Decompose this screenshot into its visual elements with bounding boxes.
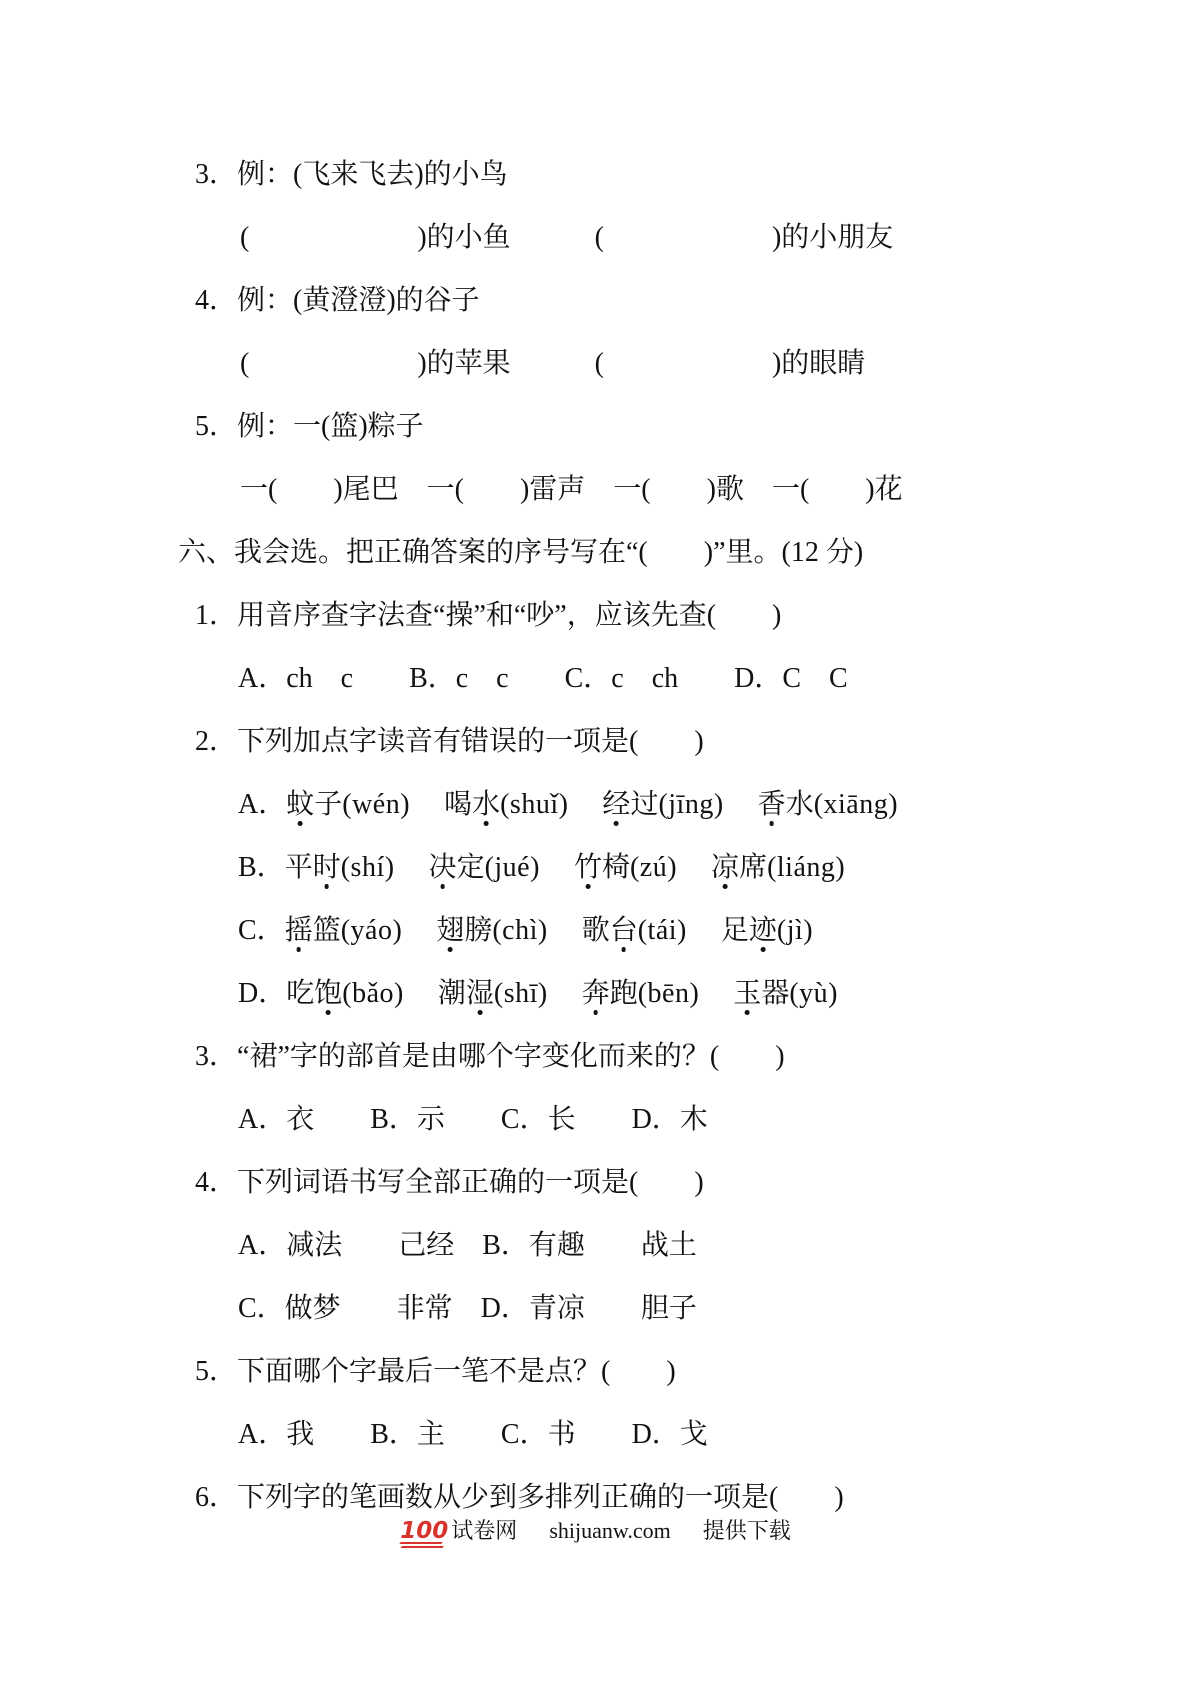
question-2-row-a: A．蚊子(wén)喝水(shuǐ)经过(jīng)香水(xiāng) <box>0 773 1191 836</box>
option-b-label: B． <box>238 836 285 899</box>
question-4-line: 4．下列词语书写全部正确的一项是( ) <box>0 1151 1191 1214</box>
question-1-number: 1． <box>195 584 237 647</box>
pinyin: (zú) <box>630 852 677 883</box>
pinyin: (bēn) <box>638 978 700 1009</box>
dotted-char: 决 <box>429 852 457 883</box>
question-6-text: 下列字的笔画数从少到多排列正确的一项是( ) <box>237 1482 844 1513</box>
dotted-char: 迹 <box>749 915 777 946</box>
question-2-row-b: B．平时(shí)决定(jué)竹椅(zú)凉席(liáng) <box>0 836 1191 899</box>
dotted-word: 摇篮(yáo) <box>285 915 403 946</box>
pinyin: (jīng) <box>658 789 723 820</box>
dotted-word: 玉器(yù) <box>733 978 838 1009</box>
pinyin: (shí) <box>341 852 395 883</box>
dotted-char: 奔 <box>582 978 610 1009</box>
item-4-example: 例：(黄澄澄)的谷子 <box>237 285 480 316</box>
pinyin: (shī) <box>494 978 548 1009</box>
pinyin: (yù) <box>789 978 838 1009</box>
fill-item-3-example-line: 3．例：(飞来飞去)的小鸟 <box>0 143 1191 206</box>
question-2-line: 2．下列加点字读音有错误的一项是( ) <box>0 710 1191 773</box>
question-1-text: 用音序查字法查“操”和“吵”，应该先查( ) <box>237 600 781 631</box>
question-3-text: “裙”字的部首是由哪个字变化而来的？( ) <box>237 1041 785 1072</box>
section-six-heading: 六、我会选。把正确答案的序号写在“( )”里。(12 分) <box>0 521 1191 584</box>
dotted-char: 时 <box>313 852 341 883</box>
option-d-label: D． <box>238 962 286 1025</box>
dotted-word: 凉席(liáng) <box>711 852 845 883</box>
pinyin: (tái) <box>638 915 687 946</box>
question-2-row-d: D．吃饱(bǎo)潮湿(shī)奔跑(bēn)玉器(yù) <box>0 962 1191 1025</box>
test-paper-page: 3．例：(飞来飞去)的小鸟 ( )的小鱼 ( )的小朋友 4．例：(黄澄澄)的谷… <box>0 0 1191 1684</box>
dotted-word: 蚊子(wén) <box>286 789 410 820</box>
option-c-label: C． <box>238 899 285 962</box>
pinyin: (jì) <box>777 915 813 946</box>
question-4-text: 下列词语书写全部正确的一项是( ) <box>237 1167 704 1198</box>
question-1-line: 1．用音序查字法查“操”和“吵”，应该先查( ) <box>0 584 1191 647</box>
dotted-char: 饱 <box>314 978 342 1009</box>
footer-domain: shijuanw.com <box>549 1518 670 1543</box>
fill-item-5-example-line: 5．例：一(篮)粽子 <box>0 395 1191 458</box>
dotted-word: 经过(jīng) <box>602 789 723 820</box>
item-3-number: 3． <box>195 143 237 206</box>
fill-item-4-practice-line: ( )的苹果 ( )的眼睛 <box>0 332 1191 395</box>
question-4-number: 4． <box>195 1151 237 1214</box>
question-5-options: A．我 B．主 C．书 D．戈 <box>0 1403 1191 1466</box>
dotted-char: 玉 <box>733 978 761 1009</box>
pinyin: (chì) <box>492 915 547 946</box>
dotted-word: 喝水(shuǐ) <box>444 789 568 820</box>
question-2-number: 2． <box>195 710 237 773</box>
dotted-char: 蚊 <box>286 789 314 820</box>
footer-watermark: 100试卷网shijuanw.com提供下载 <box>0 1513 1191 1549</box>
dotted-word: 歌台(tái) <box>582 915 687 946</box>
question-4-options-row-1: A．减法 己经 B．有趣 战土 <box>0 1214 1191 1277</box>
dotted-char: 湿 <box>466 978 494 1009</box>
fill-item-4-example-line: 4．例：(黄澄澄)的谷子 <box>0 269 1191 332</box>
pinyin: (shuǐ) <box>500 789 568 820</box>
pinyin: (jué) <box>485 852 540 883</box>
dotted-word: 平时(shí) <box>285 852 395 883</box>
dotted-word: 翅膀(chì) <box>436 915 547 946</box>
item-4-number: 4． <box>195 269 237 332</box>
question-5-line: 5．下面哪个字最后一笔不是点？( ) <box>0 1340 1191 1403</box>
option-a-label: A． <box>238 773 286 836</box>
question-5-text: 下面哪个字最后一笔不是点？( ) <box>237 1356 676 1387</box>
dotted-char: 凉 <box>711 852 739 883</box>
pinyin: (liáng) <box>767 852 845 883</box>
pinyin: (wén) <box>342 789 410 820</box>
dotted-word: 奔跑(bēn) <box>582 978 700 1009</box>
dotted-char: 经 <box>602 789 630 820</box>
dotted-word: 香水(xiāng) <box>758 789 898 820</box>
dotted-word: 竹椅(zú) <box>574 852 677 883</box>
question-2-text: 下列加点字读音有错误的一项是( ) <box>237 726 704 757</box>
question-4-options-row-2: C．做梦 非常 D．青凉 胆子 <box>0 1277 1191 1340</box>
item-5-example: 例：一(篮)粽子 <box>237 411 424 442</box>
dotted-char: 翅 <box>436 915 464 946</box>
page-content: 3．例：(飞来飞去)的小鸟 ( )的小鱼 ( )的小朋友 4．例：(黄澄澄)的谷… <box>0 0 1191 1529</box>
question-3-number: 3． <box>195 1025 237 1088</box>
pinyin: (bǎo) <box>342 978 404 1009</box>
dotted-word: 决定(jué) <box>429 852 540 883</box>
question-1-options: A．ch c B．c c C．c ch D．C C <box>0 647 1191 710</box>
dotted-word: 吃饱(bǎo) <box>286 978 404 1009</box>
dotted-word: 潮湿(shī) <box>438 978 548 1009</box>
dotted-char: 水 <box>472 789 500 820</box>
fill-item-5-practice-line: 一( )尾巴 一( )雷声 一( )歌 一( )花 <box>0 458 1191 521</box>
item-5-number: 5． <box>195 395 237 458</box>
question-3-line: 3．“裙”字的部首是由哪个字变化而来的？( ) <box>0 1025 1191 1088</box>
dotted-char: 摇 <box>285 915 313 946</box>
item-3-example: 例：(飞来飞去)的小鸟 <box>237 159 508 190</box>
dotted-char: 香 <box>758 789 786 820</box>
footer-download-text: 提供下载 <box>703 1518 791 1543</box>
question-3-options: A．衣 B．示 C．长 D．木 <box>0 1088 1191 1151</box>
question-5-number: 5． <box>195 1340 237 1403</box>
pinyin: (yáo) <box>341 915 403 946</box>
dotted-word: 足迹(jì) <box>721 915 813 946</box>
footer-site-name: 试卷网 <box>451 1518 517 1543</box>
pinyin: (xiāng) <box>814 789 898 820</box>
dotted-char: 台 <box>610 915 638 946</box>
dotted-char: 竹 <box>574 852 602 883</box>
question-2-row-c: C．摇篮(yáo)翅膀(chì)歌台(tái)足迹(jì) <box>0 899 1191 962</box>
question-6-number: 6． <box>195 1466 237 1529</box>
footer-100-logo: 100 <box>400 1518 448 1544</box>
fill-item-3-practice-line: ( )的小鱼 ( )的小朋友 <box>0 206 1191 269</box>
